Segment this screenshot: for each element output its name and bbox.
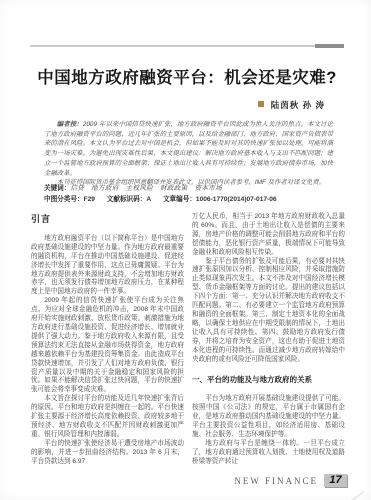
- keywords-list: 信贷 地方政府 主权风险 财政政策 资本市场: [70, 185, 222, 192]
- header-rule-accent: [315, 44, 344, 48]
- left-column: 引言 地方政府融资平台（以下简称平台）是中国地方政府基础设施建设的中坚力量。作为…: [31, 213, 184, 466]
- paragraph: 2009 年起的信贷快速扩张使平台成为关注焦点。为应对全球金融危机的冲击，200…: [31, 297, 184, 395]
- section-1-heading: 一、平台的功能及与地方政府的关系: [192, 376, 345, 385]
- paragraph: 平台的快速扩张使经济易于遭受房地产市场波动的影响，并进一步扭曲经济结构。2013…: [31, 440, 184, 467]
- clc-value: F29: [84, 196, 95, 203]
- paragraph: 地方政府与平台是缠绕一体的。一旦平台成立了，地方政府通过预算收入划拨、土地使用权…: [192, 440, 345, 467]
- page-footer: NEW FINANCE 17: [234, 474, 347, 487]
- editor-note-paragraph: 编者按：2009 年以来中国信贷快速扩张，地方政府融资平台因此成为世人关注的焦点…: [44, 120, 333, 178]
- article-title: 中国地方政府融资平台：机会还是灾难?: [30, 64, 344, 88]
- intro-heading: 引言: [31, 215, 184, 224]
- editor-note-label: 编者按：: [57, 121, 83, 128]
- scan-artifact: [350, 492, 364, 500]
- editor-note-text: 2009 年以来中国信贷快速扩张，地方政府融资平台因此成为世人关注的焦点。本文讨…: [44, 121, 333, 177]
- article-id-value: 1006-1770(2014)07-017-06: [196, 196, 277, 203]
- author-marker-icon: [258, 101, 264, 107]
- paper-page: 中国地方政府融资平台：机会还是灾难? 陆茵秋 孙 涛 编者按：2009 年以来中…: [0, 0, 371, 500]
- byline: 陆茵秋 孙 涛: [258, 99, 325, 111]
- page-number-badge: 17: [324, 474, 347, 487]
- article-id-label: 文章编号：: [163, 196, 196, 203]
- paragraph: 平台为地方政府开展基础设施建设提供了可能。按照中国《公司法》的规定，平台属于市属…: [192, 395, 345, 440]
- keywords-line: 关键词：信贷 地方政府 主权风险 财政政策 资本市场: [44, 182, 333, 192]
- clc-label: 中图分类号：: [44, 196, 84, 203]
- paragraph: 地方政府融资平台（以下简称平台）是中国地方政府基础设施建设的中坚力量。作为地方政…: [31, 235, 184, 297]
- header-rule: [30, 45, 344, 47]
- doc-code-value: A: [146, 196, 151, 203]
- doc-code-label: 文献标识码：: [107, 196, 147, 203]
- paragraph: 万亿人民币，相当于 2013 年地方政府财政收入总量的 60%。而且，由于土地出…: [192, 213, 345, 258]
- editor-note: 编者按：2009 年以来中国信贷快速扩张，地方政府融资平台因此成为世人关注的焦点…: [44, 120, 333, 188]
- paragraph: 本文旨在探讨平台的功能及近几年快速扩张背后的原因。平台和地方政府是纠缠在一起的。…: [31, 395, 184, 440]
- authors: 陆茵秋 孙 涛: [271, 100, 325, 110]
- right-column: 万亿人民币，相当于 2013 年地方政府财政收入总量的 60%。而且，由于土地出…: [192, 213, 345, 467]
- classification-line: 中图分类号：F29 文献标识码：A 文章编号：1006-1770(2014)07…: [44, 193, 333, 203]
- journal-name: NEW FINANCE: [234, 476, 318, 486]
- paragraph: 鉴于平台债务的扩张及可能后果，有必要对其快速扩张原因加以分析、控制相应风险，并采…: [192, 258, 345, 365]
- keywords-label: 关键词：: [44, 185, 70, 192]
